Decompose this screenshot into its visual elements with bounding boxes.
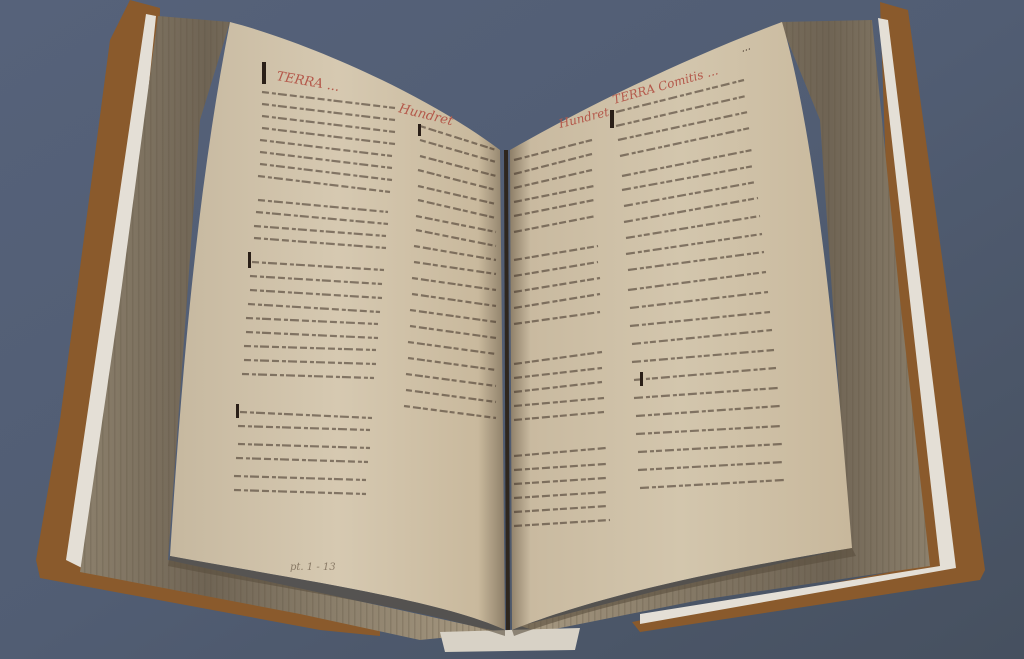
photo-scene: TERRA ... Hundret Hundret TERRA Comitis … [0, 0, 1024, 659]
left-footer-note: pt. 1 - 13 [290, 562, 336, 573]
gutter [506, 150, 508, 632]
manuscript-photo: TERRA ... Hundret Hundret TERRA Comitis … [0, 0, 1024, 659]
cradle-stand-foot [440, 628, 580, 652]
